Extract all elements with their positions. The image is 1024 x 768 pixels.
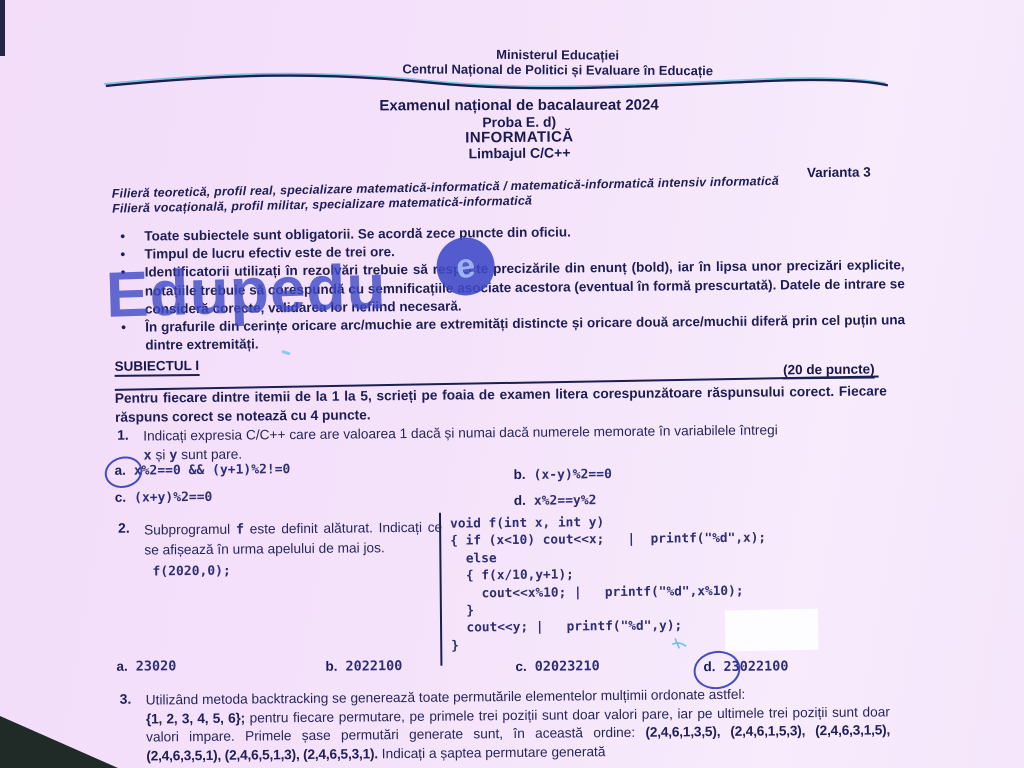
pen-circle-annotation (101, 452, 146, 492)
q1-prompt: Indicați expresia C/C++ care are valoare… (143, 420, 887, 465)
option-label: d. (703, 659, 715, 674)
option-letter: c. (115, 490, 126, 505)
option-value: x%2==0 && (y+1)%2!=0 (134, 462, 291, 479)
option-letter: c. (515, 659, 526, 674)
option-value: (x-y)%2==0 (534, 467, 612, 483)
track-lines: Filieră teoretică, profil real, speciali… (112, 172, 898, 216)
q3-set: {1, 2, 3, 4, 5, 6}; (146, 710, 245, 726)
q2-call-expression: f(2020,0); (152, 560, 442, 582)
edupedu-watermark: Edupedu (105, 254, 388, 327)
q2-option-a: a. 23020 (116, 658, 176, 675)
q3-prompt: Utilizând metoda backtracking se generea… (146, 684, 891, 766)
option-letter: b. (325, 659, 337, 674)
q2-prompt-start: Subprogramul (144, 522, 230, 538)
q1-prompt-mid: și (155, 447, 165, 462)
section1-title: SUBIECTUL I (114, 358, 199, 377)
q1-var-y: y (169, 447, 177, 463)
option-label: a. (114, 463, 125, 478)
q1-var-x: x (143, 447, 151, 463)
option-value: (x+y)%2==0 (134, 490, 212, 506)
q2-option-b: b. 2022100 (325, 658, 402, 675)
q1-option-b: b. (x-y)%2==0 (514, 466, 612, 483)
q1-prompt-end: sunt pare. (181, 446, 242, 462)
q1-number: 1. (117, 428, 129, 443)
bullet-glyph: • (120, 228, 144, 246)
option-letter: a. (116, 659, 127, 674)
scan-edge-artifact (0, 0, 5, 56)
edupedu-logo-glyph: e (454, 248, 478, 284)
option-value: 23020 (136, 658, 177, 674)
option-letter: b. (514, 467, 526, 482)
option-value: x%2==y%2 (534, 493, 597, 509)
q1-option-a: a. x%2==0 && (y+1)%2!=0 (114, 461, 290, 479)
q2-prompt: Subprogramul f este definit alăturat. In… (144, 518, 443, 582)
option-value: 02023210 (535, 658, 600, 675)
q1-option-d: d. x%2==y%2 (514, 492, 597, 509)
q1-option-c: c. (x+y)%2==0 (115, 489, 213, 506)
q2-option-c: c. 02023210 (515, 658, 599, 675)
q2-func-name: f (236, 522, 244, 538)
q3-prompt-start: Utilizând metoda backtracking se generea… (146, 687, 746, 708)
pen-scribble (669, 634, 699, 652)
whiteout-patch (725, 609, 819, 652)
scanned-exam-sheet: Ministerul Educației Centrul Național de… (0, 0, 1024, 768)
q3-prompt-end: Indicați a șaptea permutare generată (382, 744, 606, 761)
q2-option-d: d. 23022100 (703, 658, 788, 675)
q2-number: 2. (118, 521, 130, 536)
option-value: 2022100 (345, 658, 402, 675)
q3-number: 3. (120, 692, 132, 707)
option-letter: d. (514, 493, 526, 508)
